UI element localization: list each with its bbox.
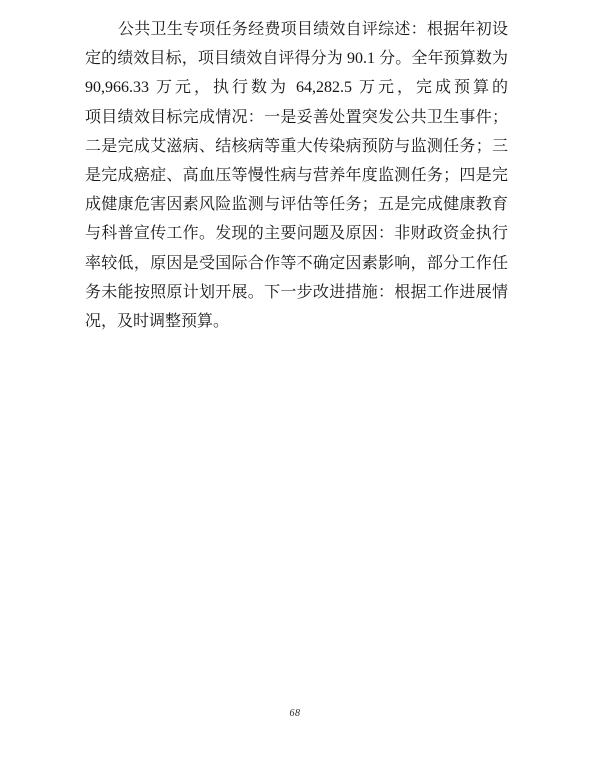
page-number: 68 bbox=[0, 708, 590, 719]
paragraph-line: 与科普宣传工作。发现的主要问题及原因：非财政资金执行 bbox=[85, 219, 508, 248]
paragraph-line: 定的绩效目标，项目绩效自评得分为 90.1 分。全年预算数为 bbox=[85, 44, 508, 73]
paragraph-line: 况，及时调整预算。 bbox=[85, 307, 508, 336]
paragraph-line: 90,966.33 万元，执行数为 64,282.5 万元，完成预算的 70.7… bbox=[85, 73, 508, 102]
paragraph-line: 务未能按照原计划开展。下一步改进措施：根据工作进展情 bbox=[85, 278, 508, 307]
self-evaluation-paragraph: 公共卫生专项任务经费项目绩效自评综述：根据年初设 定的绩效目标，项目绩效自评得分… bbox=[85, 15, 508, 336]
paragraph-line: 是完成癌症、高血压等慢性病与营养年度监测任务；四是完 bbox=[85, 161, 508, 190]
paragraph-line: 率较低，原因是受国际合作等不确定因素影响，部分工作任 bbox=[85, 249, 508, 278]
paragraph-line: 成健康危害因素风险监测与评估等任务；五是完成健康教育 bbox=[85, 190, 508, 219]
paragraph-line: 项目绩效目标完成情况：一是妥善处置突发公共卫生事件； bbox=[85, 103, 508, 132]
document-page: 公共卫生专项任务经费项目绩效自评综述：根据年初设 定的绩效目标，项目绩效自评得分… bbox=[0, 0, 590, 759]
paragraph-line: 公共卫生专项任务经费项目绩效自评综述：根据年初设 bbox=[85, 15, 508, 44]
paragraph-line: 二是完成艾滋病、结核病等重大传染病预防与监测任务；三 bbox=[85, 132, 508, 161]
